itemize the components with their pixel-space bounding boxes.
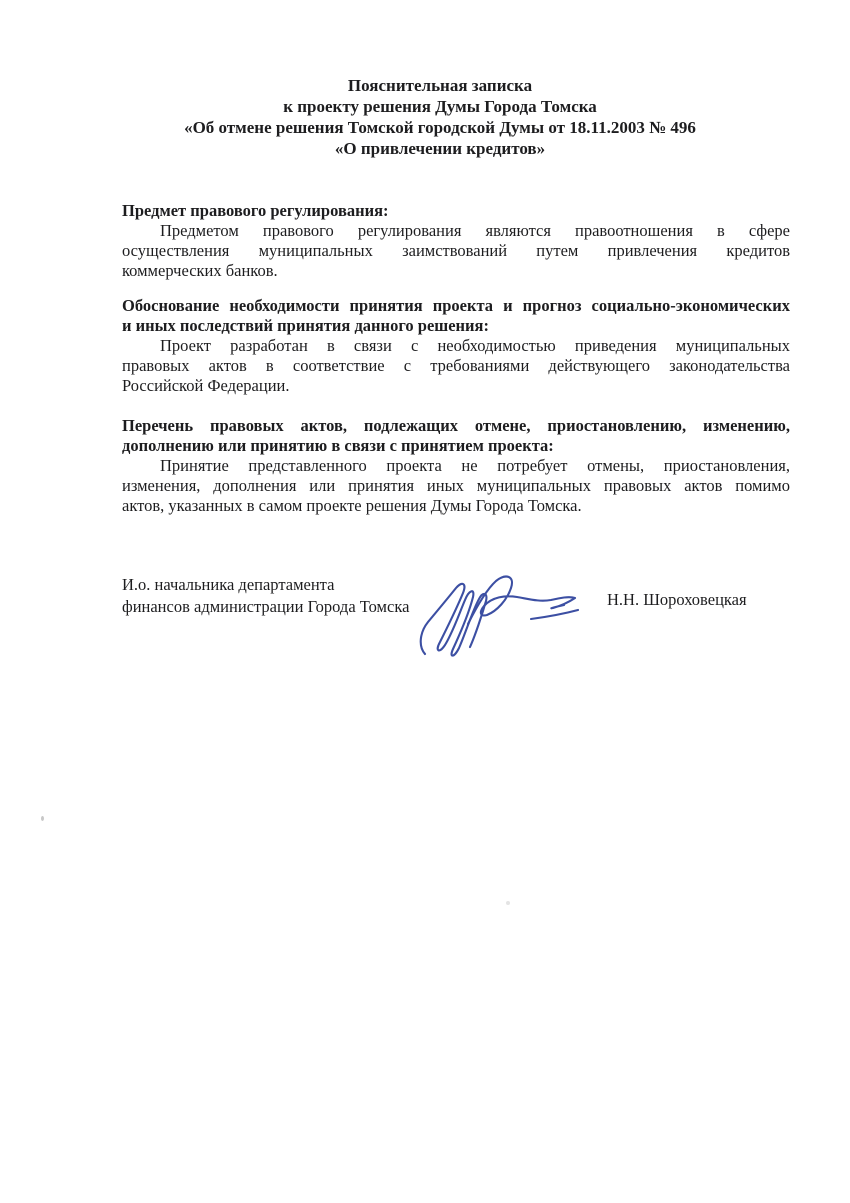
section-list-of-acts: Перечень правовых актов, подлежащих отме… bbox=[122, 416, 790, 516]
title-line-3: «Об отмене решения Томской городской Дум… bbox=[90, 117, 790, 138]
section-justification: Обоснование необходимости принятия проек… bbox=[122, 296, 790, 396]
scan-speck bbox=[506, 901, 510, 905]
body-line: Проект разработан в связи с необходимост… bbox=[122, 336, 790, 356]
handwritten-signature-icon bbox=[418, 566, 593, 664]
section-heading: и иных последствий принятия данного реше… bbox=[122, 316, 790, 336]
document-page: Пояснительная записка к проекту решения … bbox=[0, 0, 850, 1203]
section-heading: Перечень правовых актов, подлежащих отме… bbox=[122, 416, 790, 436]
section-heading: Обоснование необходимости принятия проек… bbox=[122, 296, 790, 316]
title-line-4: «О привлечении кредитов» bbox=[90, 138, 790, 159]
title-line-2: к проекту решения Думы Города Томска bbox=[90, 96, 790, 117]
body-line: коммерческих банков. bbox=[122, 261, 790, 281]
body-line: Предметом правового регулирования являют… bbox=[122, 221, 790, 241]
body-line: правовых актов в соответствие с требован… bbox=[122, 356, 790, 376]
signer-position: И.о. начальника департамента финансов ад… bbox=[122, 574, 462, 617]
section-heading: Предмет правового регулирования: bbox=[122, 201, 790, 221]
section-subject-of-regulation: Предмет правового регулирования: Предмет… bbox=[122, 201, 790, 281]
body-line: изменения, дополнения или принятия иных … bbox=[122, 476, 790, 496]
body-line: Российской Федерации. bbox=[122, 376, 790, 396]
scan-speck bbox=[41, 816, 44, 821]
section-heading: дополнению или принятию в связи с принят… bbox=[122, 436, 790, 456]
body-line: актов, указанных в самом проекте решения… bbox=[122, 496, 790, 516]
body-line: Принятие представленного проекта не потр… bbox=[122, 456, 790, 476]
signer-position-line-1: И.о. начальника департамента bbox=[122, 574, 462, 596]
body-line: осуществления муниципальных заимствовани… bbox=[122, 241, 790, 261]
title-line-1: Пояснительная записка bbox=[90, 75, 790, 96]
document-title: Пояснительная записка к проекту решения … bbox=[90, 75, 790, 159]
signer-name: Н.Н. Шороховецкая bbox=[607, 590, 747, 610]
signer-position-line-2: финансов администрации Города Томска bbox=[122, 596, 462, 618]
